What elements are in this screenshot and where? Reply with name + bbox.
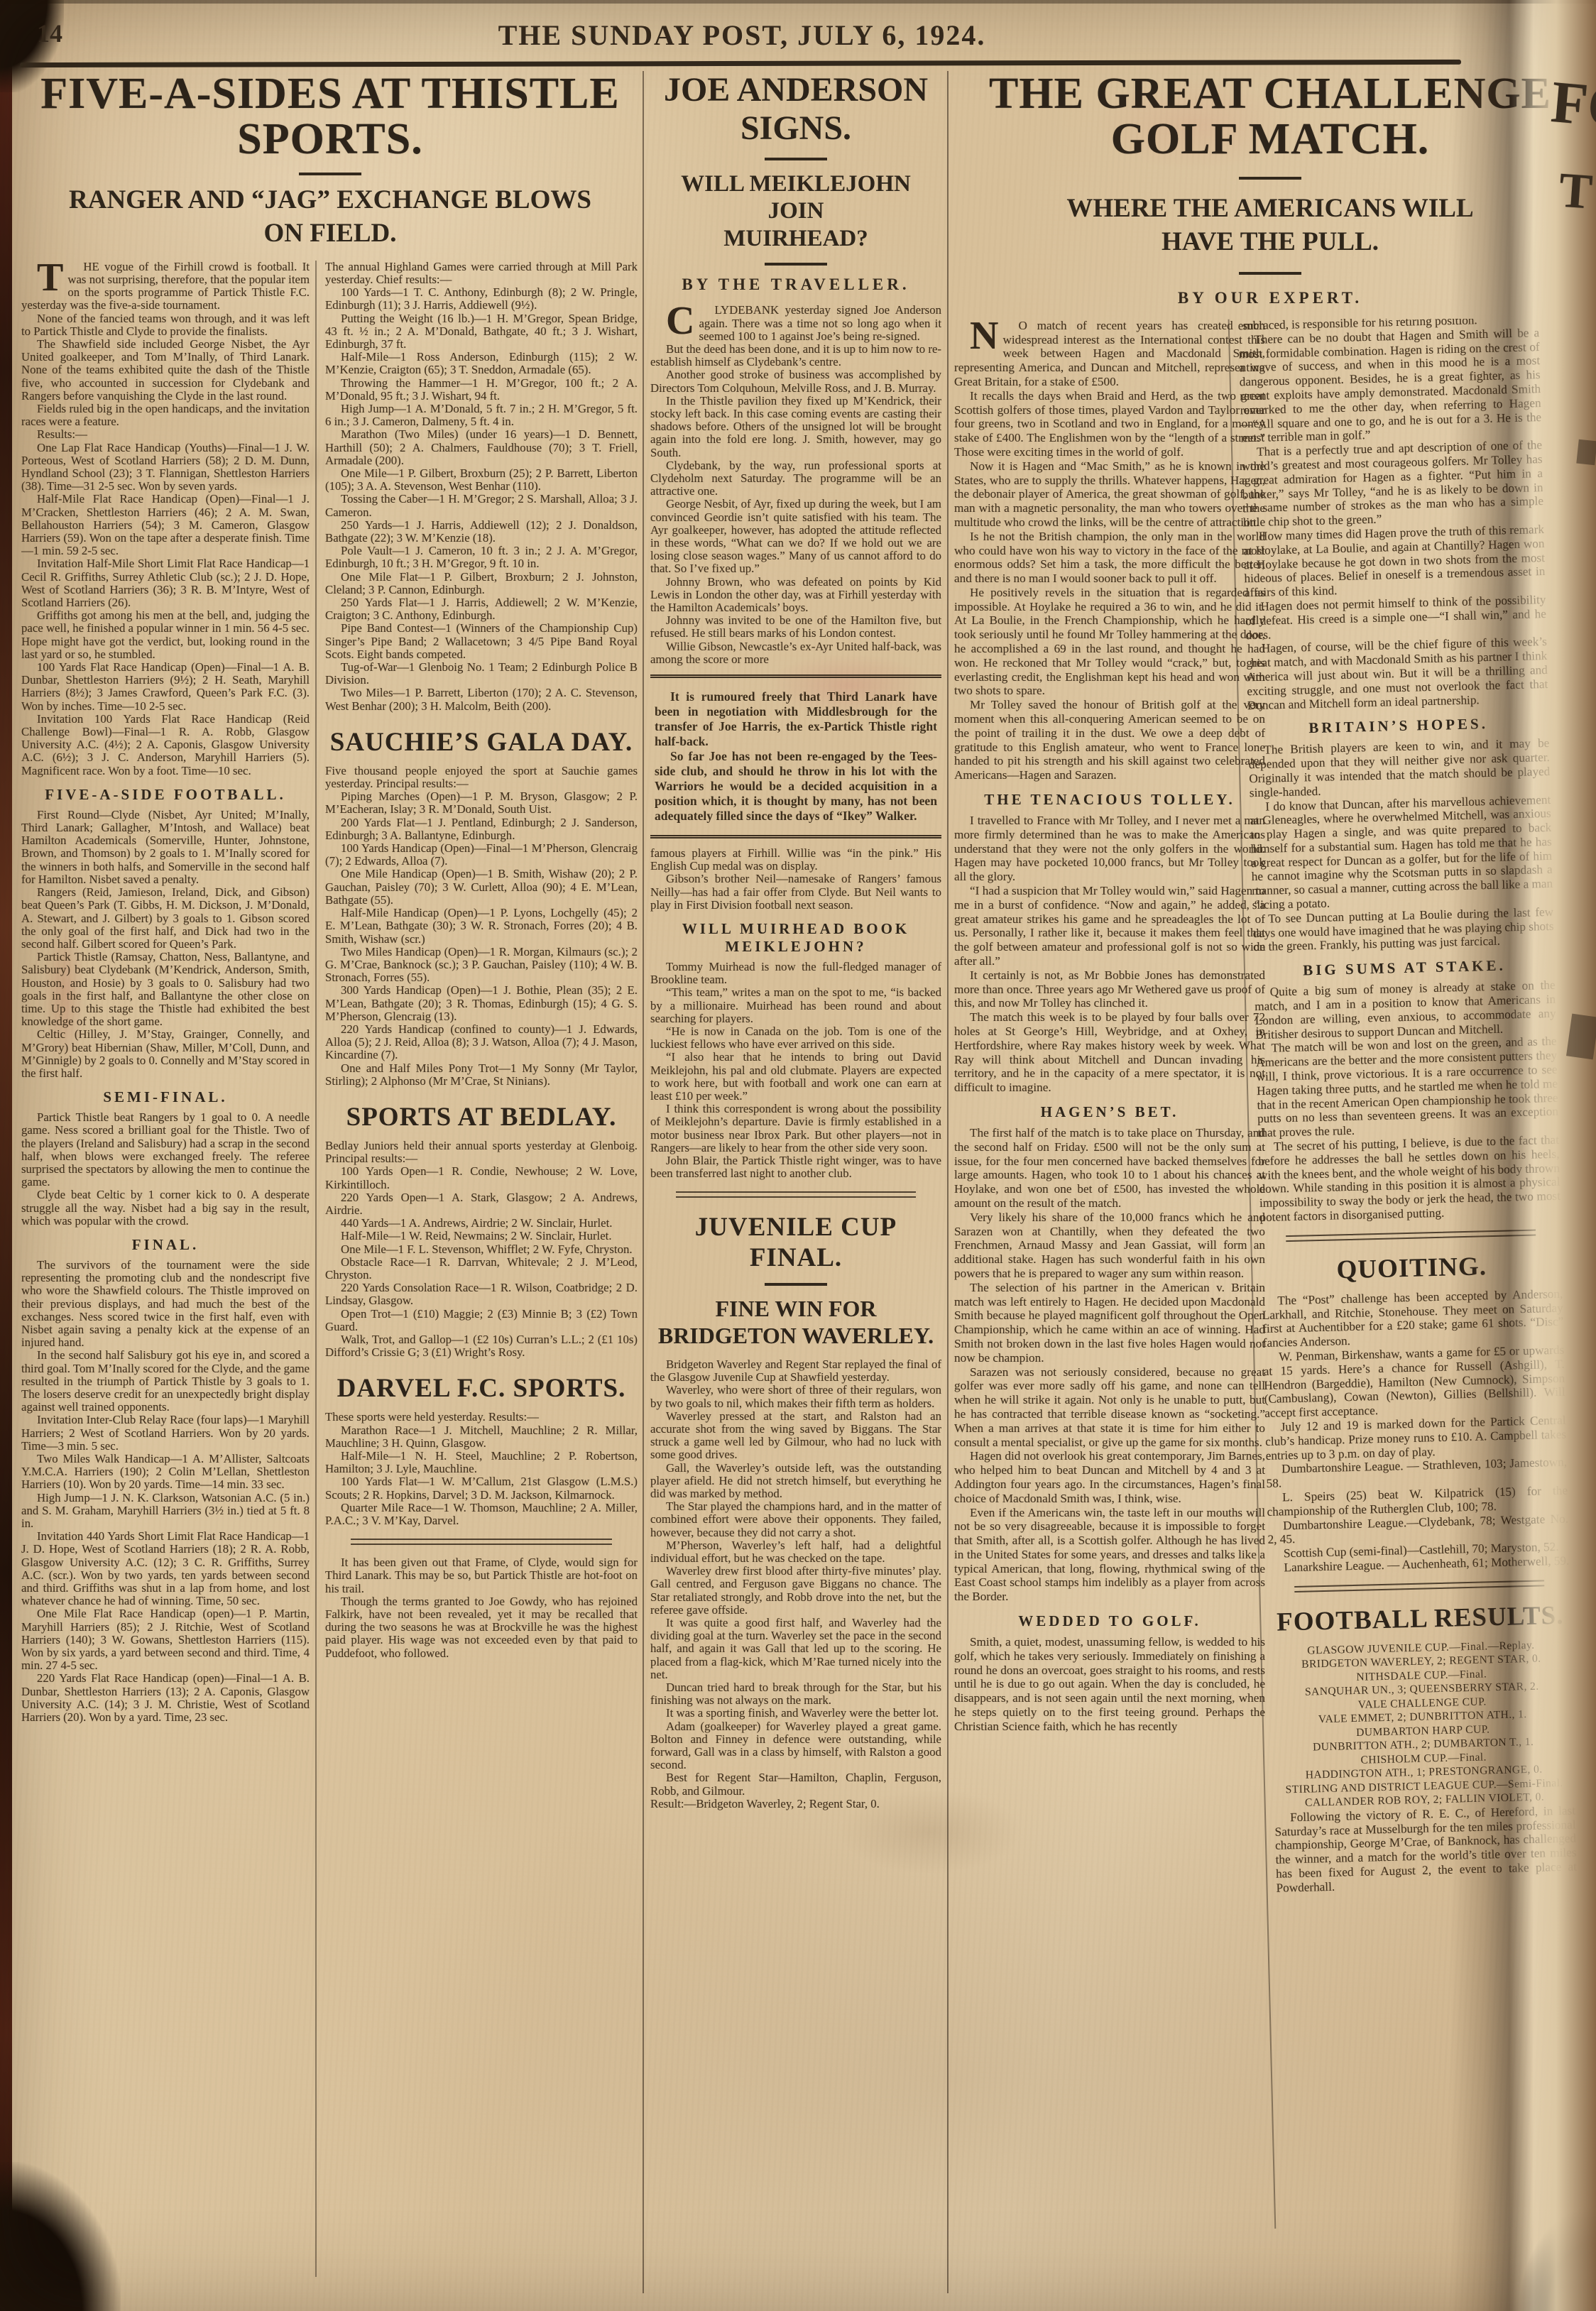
article-subheadline: FINE WIN FOR BRIDGETON WAVERLEY. <box>657 1296 934 1350</box>
article-paragraph: Mr Tolley saved the honour of British go… <box>954 698 1265 782</box>
article-paragraph: One Mile—1 P. Gilbert, Broxburn (25); 2 … <box>325 467 638 493</box>
article-paragraph: He positively revels in the situation th… <box>954 586 1265 698</box>
article-paragraph: 100 Yards—1 T. C. Anthony, Edinburgh (8)… <box>325 286 638 312</box>
paragraph-text: Duncan tried hard to break through for t… <box>650 1681 941 1707</box>
article-five-a-sides: FIVE-A-SIDES AT THISTLE SPORTS. RANGER A… <box>21 71 639 2277</box>
article-paragraph: To see Duncan putting at La Boulie durin… <box>1252 905 1554 954</box>
article-paragraph: Invitation 440 Yards Short Limit Flat Ra… <box>21 1530 310 1607</box>
article-paragraph: There can be no doubt that Hagen and Smi… <box>1238 326 1542 446</box>
subsection-heading: BIG SUMS AT STAKE. <box>1254 956 1555 980</box>
article-paragraph: Willie Gibson, Newcastle’s ex-Ayr United… <box>650 640 941 666</box>
section-heading: SPORTS AT BEDLAY. <box>325 1102 638 1132</box>
paragraph-text: Celtic (Hilley, J. M’Stay, Grainger, Con… <box>21 1027 310 1080</box>
subsection-heading: HAGEN’S BET. <box>954 1103 1265 1121</box>
paragraph-text: famous players at Firhill. Willie was “i… <box>650 846 941 873</box>
paragraph-text: That is a perfectly true and apt descrip… <box>1241 438 1543 529</box>
paragraph-text: “He is now in Canada on the job. Tom is … <box>650 1025 941 1051</box>
boxed-news-item: It is rumoured freely that Third Lanark … <box>650 674 941 838</box>
paragraph-text: Tommy Muirhead is now the full-fledged m… <box>650 960 941 986</box>
paragraph-text: The British players are keen to win, and… <box>1249 736 1551 799</box>
paragraph-text: The “Post” challenge has been accepted b… <box>1262 1286 1564 1350</box>
article-paragraph: The annual Highland Games were carried t… <box>325 261 638 286</box>
paragraph-text: The Shawfield side included George Nisbe… <box>21 337 310 403</box>
divider-rule <box>765 263 827 266</box>
byline-traveller: BY THE TRAVELLER. <box>650 275 941 294</box>
paragraph-text: Obstacle Race—1 R. Darrvan, Whitevale; 2… <box>325 1255 638 1282</box>
article-paragraph: Tommy Muirhead is now the full-fledged m… <box>650 961 941 986</box>
paragraph-text: Clydebank, by the way, run professional … <box>650 459 941 498</box>
divider-rule <box>765 1283 827 1286</box>
paragraph-text: Piping Marches (Open)—1 P. M. Bryson, Gl… <box>325 790 638 816</box>
article-paragraph: The Shawfield side included George Nisbe… <box>21 338 310 403</box>
article-paragraph: Invitation 100 Yards Flat Race Handicap … <box>21 713 310 777</box>
article-paragraph: John Blair, the Partick Thistle right wi… <box>650 1154 941 1180</box>
paragraph-text: The first half of the match is to take p… <box>954 1126 1265 1210</box>
page-edge-shadow <box>0 0 1596 4</box>
article-paragraph: W. Penman, Birkenshaw, wants a game for … <box>1263 1343 1565 1420</box>
paragraph-text: Half-Mile—1 W. Reid, Newmains; 2 W. Sinc… <box>341 1229 612 1242</box>
article-paragraph: 300 Yards Handicap (Open)—1 J. Bothie, P… <box>325 984 638 1023</box>
paragraph-text: Smith, a quiet, modest, unassuming fello… <box>954 1635 1265 1733</box>
article-paragraph: Half-Mile—1 N. H. Steel, Mauchline; 2 P.… <box>325 1450 638 1475</box>
article-paragraph: Fields ruled big in the open handicaps, … <box>21 403 310 428</box>
paragraph-text: M’Pherson, Waverley’s left half, had a d… <box>650 1539 941 1565</box>
article-paragraph: Is he not the British champion, the only… <box>954 530 1265 586</box>
article-paragraph: Hagen does not permit himself to think o… <box>1245 593 1546 643</box>
subsection-heading: WILL MUIRHEAD BOOK MEIKLE­JOHN? <box>650 920 941 956</box>
paragraph-text: Mr Tolley saved the honour of British go… <box>954 698 1265 782</box>
paragraph-text: Bridgeton Waverley and Regent Star repla… <box>650 1357 941 1384</box>
headline-joe-anderson-line1: JOE ANDERSON <box>650 71 941 109</box>
article-paragraph: Gibson’s brother Neil—namesake of Ranger… <box>650 873 941 912</box>
article-paragraph: Waverley pressed at the start, and Ralst… <box>650 1410 941 1462</box>
article-paragraph: The British players are keen to win, and… <box>1248 736 1551 800</box>
article-paragraph: Two Miles Handicap (Open)—1 R. Morgan, K… <box>325 946 638 985</box>
article-paragraph: 100 Yards Flat—1 W. M’Callum, 21st Glasg… <box>325 1475 638 1501</box>
section-heading: FOOTBALL RESULTS. <box>1269 1600 1571 1637</box>
paragraph-text: In the Thistle pavilion they fixed up M’… <box>650 394 941 459</box>
paragraph-text: Half-Mile Flat Race Handicap (Open)—Fina… <box>21 492 310 557</box>
paragraph-text: The annual Highland Games were carried t… <box>325 261 638 286</box>
headline-joe-anderson-line2: SIGNS. <box>650 109 941 148</box>
paragraph-text: Partick Thistle beat Rangers by 1 goal t… <box>21 1110 310 1189</box>
paragraph-text: One and Half Miles Pony Trot—1 My Sonny … <box>325 1061 638 1088</box>
article-paragraph: How many times did Hagen prove the truth… <box>1243 523 1546 600</box>
paragraph-text: Invitation Inter-Club Relay Race (four l… <box>21 1413 310 1452</box>
article-column: embraced, is responsible for his retirin… <box>1228 319 1586 2229</box>
article-paragraph: In the second half Salisbury got his eye… <box>21 1349 310 1414</box>
article-paragraph: Celtic (Hilley, J. M’Stay, Grainger, Con… <box>21 1028 310 1080</box>
article-paragraph: Hagen did not overlook his great contemp… <box>954 1449 1265 1505</box>
drop-cap: N <box>954 320 998 351</box>
article-paragraph: Five thousand people enjoyed the sport a… <box>325 765 638 790</box>
article-paragraph: The match will be won and lost on the gr… <box>1255 1034 1558 1140</box>
article-paragraph: Another good stroke of business was acco… <box>650 368 941 394</box>
boxed-paragraph: So far Joe has not been re-engaged by th… <box>655 749 937 824</box>
paragraph-text: Waverley, who were short of three of the… <box>650 1383 941 1409</box>
byline-expert: BY OUR EXPERT. <box>954 289 1586 307</box>
paragraph-text: “This team,” writes a man on the spot to… <box>650 985 941 1025</box>
divider-rule <box>299 173 361 175</box>
article-paragraph: It certainly is not, as Mr Bobbie Jones … <box>954 968 1265 1010</box>
paragraph-text: Sarazen was not seriously considered, be… <box>954 1365 1265 1449</box>
article-paragraph: The selection of his partner in the Amer… <box>954 1281 1265 1365</box>
paragraph-text: Quarter Mile Race—1 W. Thomson, Mauchlin… <box>325 1501 638 1527</box>
column-rule <box>643 71 644 2293</box>
article-paragraph: Bridgeton Waverley and Regent Star repla… <box>650 1358 941 1384</box>
article-paragraph: 100 Yards Handicap (Open)—Final—1 M’Pher… <box>325 842 638 868</box>
article-paragraph: Best for Regent Star—Hamilton, Chaplin, … <box>650 1771 941 1797</box>
paragraph-text: Even if the Americans win, the taste lef… <box>954 1506 1265 1604</box>
article-paragraph: 440 Yards—1 A. Andrews, Airdrie; 2 W. Si… <box>325 1217 638 1230</box>
paragraph-text: Pole Vault—1 J. Cameron, 10 ft. 3 in.; 2… <box>325 544 638 570</box>
paragraph-text: Johnny Brown, who was defeated on points… <box>650 575 941 614</box>
headline-golf-line2: GOLF MATCH. <box>954 116 1586 162</box>
article-paragraph: Partick Thistle beat Rangers by 1 goal t… <box>21 1111 310 1189</box>
article-paragraph: George Nesbit, of Ayr, fixed up during t… <box>650 498 941 575</box>
paragraph-text: Invitation 100 Yards Flat Race Handicap … <box>21 712 310 777</box>
article-paragraph: Very likely his share of the 10,000 fran… <box>954 1211 1265 1281</box>
paragraph-text: Adam (goalkeeper) for Waverley played a … <box>650 1720 941 1772</box>
headline-five-a-sides-line2: SPORTS. <box>21 116 639 162</box>
article-paragraph: Results:— <box>21 428 310 441</box>
divider-rule <box>1239 272 1301 275</box>
paragraph-text: It certainly is not, as Mr Bobbie Jones … <box>954 968 1265 1010</box>
paragraph-text: “I also hear that he intends to bring ou… <box>650 1050 941 1103</box>
article-paragraph: One Mile Flat—1 P. Gilbert, Broxburn; 2 … <box>325 571 638 596</box>
paragraph-text: LYDEBANK yesterday signed Joe Anderson a… <box>699 304 941 342</box>
article-paragraph: Pipe Band Contest—1 (Winners of the Cham… <box>325 622 638 661</box>
article-paragraph: CLYDEBANK yesterday signed Joe Anderson … <box>650 304 941 343</box>
paragraph-text: 100 Yards Open—1 R. Condie, Newhouse; 2 … <box>325 1164 638 1191</box>
article-paragraph: Partick Thistle (Ramsay, Chatton, Ness, … <box>21 951 310 1028</box>
paragraph-text: Best for Regent Star—Hamilton, Chaplin, … <box>650 1771 941 1797</box>
article-paragraph: 250 Yards Flat—1 J. Harris, Addiewell; 2… <box>325 596 638 622</box>
paragraph-text: There can be no doubt that Hagen and Smi… <box>1239 326 1542 445</box>
paragraph-text: It was quite a good first half, and Wave… <box>650 1616 941 1681</box>
article-paragraph: But the deed has been done, and it is up… <box>650 343 941 368</box>
article-paragraph: One Mile Flat Race Handicap (open)—1 P. … <box>21 1607 310 1672</box>
paragraph-text: “I had a suspicion that Mr Tolley would … <box>954 884 1265 968</box>
article-paragraph: Though the terms granted to Joe Gowdy, w… <box>325 1595 638 1660</box>
paragraph-text: Is he not the British champion, the only… <box>954 530 1265 585</box>
subsection-heading: THE TENACIOUS TOLLEY. <box>954 791 1265 809</box>
article-paragraph: 100 Yards Open—1 R. Condie, Newhouse; 2 … <box>325 1165 638 1191</box>
paragraph-text: HE vogue of the Firhill crowd is footbal… <box>21 261 310 312</box>
section-heading: SAUCHIE’S GALA DAY. <box>325 727 638 758</box>
article-paragraph: One and Half Miles Pony Trot—1 My Sonny … <box>325 1062 638 1088</box>
article-paragraph: Johnny was invited to be one of the Hami… <box>650 614 941 640</box>
masthead-title: THE SUNDAY POST, JULY 6, 1924. <box>0 18 1484 52</box>
divider-rule <box>1239 177 1301 180</box>
paragraph-text: Waverley drew first blood after thirty-f… <box>650 1564 941 1617</box>
article-paragraph: The “Post” challenge has been accepted b… <box>1262 1286 1564 1350</box>
article-paragraph: Johnny Brown, who was defeated on points… <box>650 576 941 615</box>
paragraph-text: The survivors of the tournament were the… <box>21 1258 310 1349</box>
masthead-rule <box>20 60 1461 67</box>
subsection-heading: FIVE-A-SIDE FOOTBALL. <box>21 786 310 804</box>
divider-double-rule <box>676 1191 916 1198</box>
paragraph-text: High Jump—1 A. M’Donald, 5 ft. 7 in.; 2 … <box>325 402 638 428</box>
divider-rule <box>765 158 827 160</box>
article-paragraph: Pole Vault—1 J. Cameron, 10 ft. 3 in.; 2… <box>325 545 638 570</box>
paragraph-text: 250 Yards Flat—1 J. Harris, Addiewell; 2… <box>325 596 638 622</box>
article-golf-match: THE GREAT CHALLENGE GOLF MATCH. WHERE TH… <box>954 71 1586 2229</box>
paragraph-text: First Round—Clyde (Nisbet, Ayr United; M… <box>21 808 310 886</box>
article-paragraph: Result:—Bridgeton Waverley, 2; Regent St… <box>650 1798 941 1810</box>
article-paragraph: Bedlay Juniors held their annual sports … <box>325 1140 638 1165</box>
article-paragraph: Hagen, of course, will be the chief figu… <box>1246 635 1548 712</box>
subhead-ranger-jag-line1: RANGER AND “JAG” EXCHANGE BLOWS <box>21 185 639 216</box>
section-heading: QUOITING. <box>1261 1249 1563 1286</box>
article-paragraph: Invitation Inter-Club Relay Race (four l… <box>21 1414 310 1453</box>
paragraph-text: Half-Mile Handicap (Open)—1 P. Lyons, Lo… <box>325 906 638 945</box>
article-paragraph: The Star played the champions hard, and … <box>650 1500 941 1539</box>
paragraph-text: Quite a big sum of money is already at s… <box>1255 978 1556 1042</box>
newspaper-page: 14 THE SUNDAY POST, JULY 6, 1924. FIVE-A… <box>0 0 1596 2311</box>
paragraph-text: 100 Yards Flat—1 W. M’Callum, 21st Glasg… <box>325 1475 638 1501</box>
paragraph-text: Clyde beat Celtic by 1 corner kick to 0.… <box>21 1188 310 1227</box>
article-paragraph: Waverley drew first blood after thirty-f… <box>650 1565 941 1617</box>
article-paragraph: THE vogue of the Firhill crowd is footba… <box>21 261 310 312</box>
article-paragraph: “I also hear that he intends to bring ou… <box>650 1051 941 1103</box>
section-heading: JUVENILE CUP FINAL. <box>650 1212 941 1273</box>
article-paragraph: 220 Yards Open—1 A. Stark, Glasgow; 2 A.… <box>325 1191 638 1217</box>
paragraph-text: Five thousand people enjoyed the sport a… <box>325 764 638 790</box>
paragraph-text: 220 Yards Consolation Race—1 R. Wilson, … <box>325 1281 638 1307</box>
subhead-americans-line2: HAVE THE PULL. <box>954 227 1586 258</box>
paragraph-text: The selection of his partner in the Amer… <box>954 1281 1265 1365</box>
article-paragraph: High Jump—1 A. M’Donald, 5 ft. 7 in.; 2 … <box>325 403 638 428</box>
article-paragraph: Following the victory of R. E. C., of He… <box>1274 1803 1578 1895</box>
paragraph-text: Half-Mile—1 N. H. Steel, Mauchline; 2 P.… <box>325 1449 638 1475</box>
article-paragraph: These sports were held yesterday. Result… <box>325 1411 638 1424</box>
article-paragraph: Even if the Americans win, the taste lef… <box>954 1506 1265 1605</box>
article-paragraph: The secret of his putting, I believe, is… <box>1258 1132 1561 1224</box>
subsection-heading: FINAL. <box>21 1236 310 1254</box>
paragraph-text: Gall, the Waverley’s outside left, was t… <box>650 1461 941 1500</box>
paragraph-text: High Jump—1 J. N. K. Clarkson, Watsonian… <box>21 1491 310 1530</box>
article-column: CLYDEBANK yesterday signed Joe Anderson … <box>650 304 941 2271</box>
article-paragraph: 200 Yards Flat—1 J. Pentland, Edinburgh;… <box>325 816 638 842</box>
article-paragraph: Half-Mile Flat Race Handicap (Open)—Fina… <box>21 493 310 557</box>
article-paragraph: In the Thistle pavilion they fixed up M’… <box>650 395 941 459</box>
paragraph-text: It was a sporting finish, and Waverley w… <box>666 1706 939 1720</box>
paragraph-text: Results:— <box>37 427 87 441</box>
article-paragraph: NO match of recent years has created suc… <box>954 319 1265 389</box>
paragraph-text: Following the victory of R. E. C., of He… <box>1274 1803 1577 1894</box>
paragraph-text: The match will be won and lost on the gr… <box>1256 1034 1558 1140</box>
paragraph-text: It recalls the days when Braid and Herd,… <box>954 389 1265 459</box>
article-paragraph: “He is now in Canada on the job. Tom is … <box>650 1025 941 1051</box>
article-paragraph: Half-Mile Handicap (Open)—1 P. Lyons, Lo… <box>325 907 638 946</box>
paragraph-text: Johnny was invited to be one of the Hami… <box>650 613 941 640</box>
paragraph-text: July 12 and 19 is marked down for the Pa… <box>1265 1413 1566 1462</box>
article-paragraph: July 12 and 19 is marked down for the Pa… <box>1264 1413 1566 1463</box>
paragraph-text: Pipe Band Contest—1 (Winners of the Cham… <box>325 621 638 660</box>
article-paragraph: I think this correspondent is wrong abou… <box>650 1103 941 1154</box>
article-paragraph: Marathon (Two Miles) (under 16 years)—1 … <box>325 428 638 467</box>
article-paragraph: 220 Yards Consolation Race—1 R. Wilson, … <box>325 1282 638 1307</box>
article-paragraph: M’Pherson, Waverley’s left half, had a d… <box>650 1539 941 1565</box>
paragraph-text: 250 Yards—1 J. Harris, Addiewell (12); 2… <box>325 518 638 545</box>
paragraph-text: 220 Yards Handicap (confined to county)—… <box>325 1022 638 1061</box>
paragraph-text: Two Miles—1 P. Barrett, Liberton (170); … <box>325 686 638 712</box>
article-paragraph: Obstacle Race—1 R. Darrvan, Whitevale; 2… <box>325 1256 638 1282</box>
paragraph-text: Marathon Race—1 J. Mitchell, Mauchline; … <box>325 1424 638 1450</box>
article-paragraph: Piping Marches (Open)—1 P. M. Bryson, Gl… <box>325 790 638 816</box>
article-paragraph: First Round—Clyde (Nisbet, Ayr United; M… <box>21 809 310 886</box>
paragraph-text: Tossing the Caber—1 H. M’Gregor; 2 S. Ma… <box>325 492 638 518</box>
article-column: The annual Highland Games were carried t… <box>315 261 638 2277</box>
paragraph-text: 440 Yards—1 A. Andrews, Airdrie; 2 W. Si… <box>341 1216 612 1230</box>
paragraph-text: How many times did Hagen prove the truth… <box>1243 523 1545 600</box>
paragraph-text: One Mile Handicap (Open)—1 B. Smith, Wis… <box>325 867 638 906</box>
divider-double-rule <box>1286 1229 1536 1242</box>
article-paragraph: Duncan tried hard to break through for t… <box>650 1681 941 1707</box>
paragraph-text: Waverley pressed at the start, and Ralst… <box>650 1409 941 1462</box>
paragraph-text: Marathon (Two Miles) (under 16 years)—1 … <box>325 427 638 466</box>
paragraph-text: Rangers (Reid, Jamieson, Ireland, Dick, … <box>21 885 310 951</box>
paragraph-text: 100 Yards—1 T. C. Anthony, Edinburgh (8)… <box>325 285 638 312</box>
paragraph-text: I travelled to France with Mr Tolley, an… <box>954 814 1265 883</box>
paragraph-text: Throwing the Hammer—1 H. M’Gregor, 100 f… <box>325 376 638 403</box>
subhead-ranger-jag-line2: ON FIELD. <box>21 219 639 249</box>
drop-cap: C <box>650 305 694 337</box>
article-paragraph: Rangers (Reid, Jamieson, Ireland, Dick, … <box>21 886 310 951</box>
headline-golf-line1: THE GREAT CHALLENGE <box>954 71 1586 116</box>
article-paragraph: It was a sporting finish, and Waverley w… <box>650 1707 941 1720</box>
article-paragraph: Smith, a quiet, modest, unassuming fello… <box>954 1635 1265 1734</box>
page-edge-stain <box>0 0 12 2311</box>
article-paragraph: Tug-of-War—1 Glenboig No. 1 Team; 2 Edin… <box>325 661 638 687</box>
paragraph-text: Two Miles Walk Handicap—1 A. M’Allister,… <box>21 1452 310 1491</box>
article-paragraph: 220 Yards Handicap (confined to county)—… <box>325 1023 638 1062</box>
paragraph-text: Two Miles Handicap (Open)—1 R. Morgan, K… <box>325 945 638 984</box>
paragraph-text: Putting the Weight (16 lb.)—1 H. M’Grego… <box>325 312 638 351</box>
paragraph-text: 100 Yards Flat Race Handicap (Open)—Fina… <box>21 660 310 713</box>
paragraph-text: Now it is Hagen and “Mac Smith,” as he i… <box>954 459 1265 529</box>
drop-cap: T <box>21 262 63 293</box>
article-paragraph: Invitation Half-Mile Short Limit Flat Ra… <box>21 557 310 609</box>
paragraph-text: The secret of his putting, I believe, is… <box>1258 1132 1561 1223</box>
article-column: NO match of recent years has created suc… <box>954 319 1272 2229</box>
article-paragraph: High Jump—1 J. N. K. Clarkson, Watsonian… <box>21 1492 310 1531</box>
subsection-heading: SEMI-FINAL. <box>21 1088 310 1106</box>
article-paragraph: Quarter Mile Race—1 W. Thomson, Mauchlin… <box>325 1502 638 1527</box>
article-paragraph: I travelled to France with Mr Tolley, an… <box>954 814 1265 884</box>
article-paragraph: Gall, the Waverley’s outside left, was t… <box>650 1462 941 1501</box>
paragraph-text: The match this week is to be played by f… <box>954 1010 1265 1094</box>
paragraph-text: W. Penman, Birkenshaw, wants a game for … <box>1264 1343 1565 1420</box>
paragraph-text: 300 Yards Handicap (Open)—1 J. Bothie, P… <box>325 983 638 1022</box>
article-paragraph: Adam (goalkeeper) for Waverley played a … <box>650 1720 941 1772</box>
paragraph-text: One Mile—1 P. Gilbert, Broxburn (25); 2 … <box>325 466 638 493</box>
paragraph-text: Another good stroke of business was acco… <box>650 368 941 394</box>
paragraph-text: Partick Thistle (Ramsay, Chatton, Ness, … <box>21 950 310 1028</box>
headline-five-a-sides-line1: FIVE-A-SIDES AT THISTLE <box>21 71 639 116</box>
subhead-meiklejohn-line2: MUIRHEAD? <box>650 225 941 253</box>
article-paragraph: Now it is Hagen and “Mac Smith,” as he i… <box>954 459 1265 530</box>
paragraph-text: Result:—Bridgeton Waverley, 2; Regent St… <box>650 1797 880 1810</box>
subhead-americans-line1: WHERE THE AMERICANS WILL <box>954 194 1586 224</box>
article-paragraph: 100 Yards Flat Race Handicap (Open)—Fina… <box>21 661 310 713</box>
article-paragraph: I do know that Duncan, after his marvell… <box>1250 792 1553 912</box>
paragraph-text: One Mile Flat—1 P. Gilbert, Broxburn; 2 … <box>325 570 638 596</box>
article-paragraph: One Mile—1 F. L. Stevenson, Whifflet; 2 … <box>325 1243 638 1256</box>
article-paragraph: The match this week is to be played by f… <box>954 1010 1265 1095</box>
paragraph-text: O match of recent years has created such… <box>954 319 1265 388</box>
paragraph-text: To see Duncan putting at La Boulie durin… <box>1252 905 1553 954</box>
paragraph-text: One Lap Flat Race Handicap (Youths)—Fina… <box>21 441 310 493</box>
article-paragraph: Half-Mile—1 W. Reid, Newmains; 2 W. Sinc… <box>325 1230 638 1242</box>
article-paragraph: The first half of the match is to take p… <box>954 1126 1265 1211</box>
article-joe-anderson: JOE ANDERSON SIGNS. WILL MEIKLEJOHN JOIN… <box>650 71 941 2271</box>
paragraph-text: I do know that Duncan, after his marvell… <box>1250 792 1553 912</box>
paragraph-text: Hagen did not overlook his great contemp… <box>954 1449 1265 1504</box>
paragraph-text: It has been given out that Frame, of Cly… <box>325 1556 638 1595</box>
paragraph-text: Invitation Half-Mile Short Limit Flat Ra… <box>21 557 310 609</box>
paragraph-text: John Blair, the Partick Thistle right wi… <box>650 1154 941 1180</box>
article-paragraph: famous players at Firhill. Willie was “i… <box>650 847 941 873</box>
paragraph-text: Gibson’s brother Neil—namesake of Ranger… <box>650 872 941 911</box>
article-paragraph: That is a perfectly true and apt descrip… <box>1241 438 1544 530</box>
article-paragraph: “This team,” writes a man on the spot to… <box>650 986 941 1025</box>
article-paragraph: Throwing the Hammer—1 H. M’Gregor, 100 f… <box>325 377 638 403</box>
paragraph-text: Walk, Trot, and Gallop—1 (£2 10s) Curran… <box>325 1333 638 1359</box>
article-paragraph: Open Trot—1 (£10) Maggie; 2 (£3) Minnie … <box>325 1308 638 1333</box>
article-paragraph: It recalls the days when Braid and Herd,… <box>954 389 1265 459</box>
article-paragraph: “I had a suspicion that Mr Tolley would … <box>954 884 1265 968</box>
paragraph-text: Very likely his share of the 10,000 fran… <box>954 1211 1265 1280</box>
paragraph-text: I think this correspondent is wrong abou… <box>650 1102 941 1154</box>
article-paragraph: Two Miles Walk Handicap—1 A. M’Allister,… <box>21 1453 310 1492</box>
paragraph-text: Though the terms granted to Joe Gowdy, w… <box>325 1595 638 1660</box>
paragraph-text: These sports were held yesterday. Result… <box>325 1410 539 1424</box>
column-rule <box>947 71 949 2293</box>
section-heading: DARVEL F.C. SPORTS. <box>325 1373 638 1404</box>
divider-double-rule <box>351 1539 612 1545</box>
article-paragraph: Two Miles—1 P. Barrett, Liberton (170); … <box>325 687 638 712</box>
paragraph-text: He positively revels in the situation th… <box>954 586 1265 698</box>
article-paragraph: 250 Yards—1 J. Harris, Addiewell (12); 2… <box>325 519 638 545</box>
paragraph-text: None of the fancied teams won through, a… <box>21 312 310 338</box>
paragraph-text: One Mile Flat Race Handicap (open)—1 P. … <box>21 1607 310 1672</box>
article-paragraph: Sarazen was not seriously considered, be… <box>954 1365 1265 1450</box>
article-paragraph: None of the fancied teams won through, a… <box>21 312 310 338</box>
paragraph-text: 200 Yards Flat—1 J. Pentland, Edinburgh;… <box>325 816 638 842</box>
paragraph-text: Hagen, of course, will be the chief figu… <box>1246 635 1548 712</box>
subsection-heading: WEDDED TO GOLF. <box>954 1612 1265 1630</box>
paragraph-text: One Mile—1 F. L. Stevenson, Whifflet; 2 … <box>341 1242 633 1256</box>
paragraph-text: Invitation 440 Yards Short Limit Flat Ra… <box>21 1529 310 1607</box>
paragraph-text: 100 Yards Handicap (Open)—Final—1 M’Pher… <box>325 841 638 868</box>
paragraph-text: 220 Yards Flat Race Handicap (open)—Fina… <box>21 1671 310 1724</box>
article-paragraph: Clydebank, by the way, run professional … <box>650 459 941 498</box>
article-paragraph: It has been given out that Frame, of Cly… <box>325 1556 638 1595</box>
article-paragraph: Tossing the Caber—1 H. M’Gregor; 2 S. Ma… <box>325 493 638 518</box>
paragraph-text: Fields ruled big in the open handicaps, … <box>21 402 310 428</box>
paragraph-text: George Nesbit, of Ayr, fixed up during t… <box>650 497 941 575</box>
paragraph-text: Half-Mile—1 Ross Anderson, Edinburgh (11… <box>325 350 638 376</box>
article-paragraph: Walk, Trot, and Gallop—1 (£2 10s) Curran… <box>325 1333 638 1359</box>
article-paragraph: 220 Yards Flat Race Handicap (open)—Fina… <box>21 1672 310 1724</box>
paragraph-text: Hagen does not permit himself to think o… <box>1245 593 1546 642</box>
divider-double-rule <box>1294 1580 1544 1592</box>
boxed-paragraph: It is rumoured freely that Third Lanark … <box>655 689 937 749</box>
paragraph-text: In the second half Salisbury got his eye… <box>21 1348 310 1414</box>
article-paragraph: Marathon Race—1 J. Mitchell, Mauchline; … <box>325 1424 638 1450</box>
